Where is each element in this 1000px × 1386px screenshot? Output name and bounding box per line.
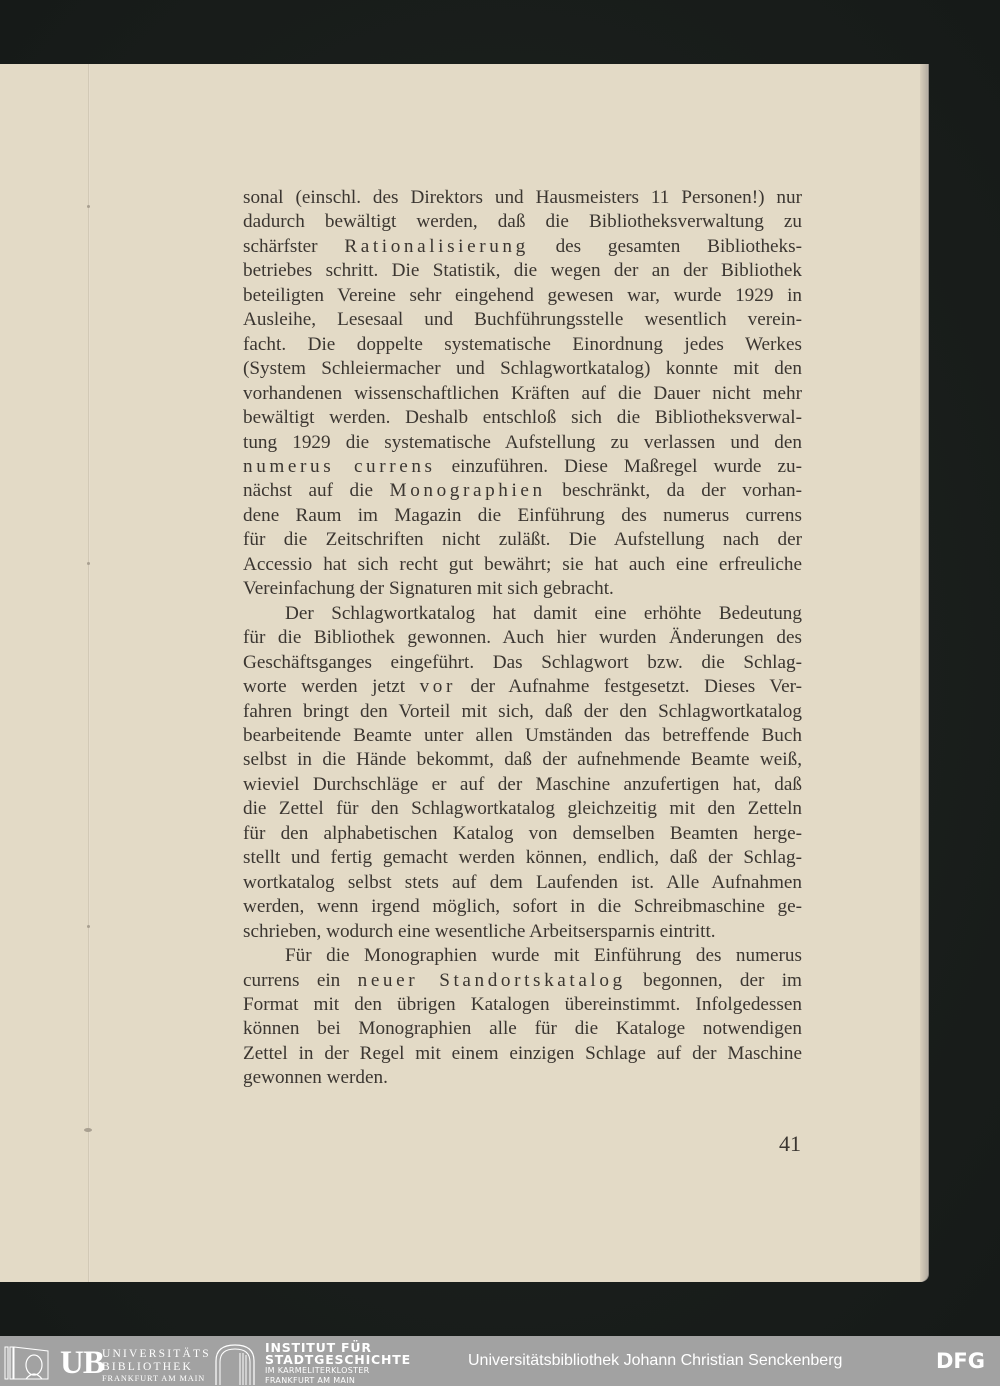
text-line: Für die Monographien wurde mit Einführun… <box>243 944 802 968</box>
emphasized-text: Monographien <box>390 480 546 501</box>
emphasized-text: Rationalisierung <box>344 236 528 257</box>
margin-mark <box>87 562 90 565</box>
text-line: bewältigt werden. Deshalb entschloß sich… <box>243 406 802 430</box>
text-line: selbst in die Hände bekommt, daß der auf… <box>243 748 802 772</box>
ub-line1: UNIVERSITÄTS <box>102 1348 211 1361</box>
text-line: currens ein neuer Standortskatalog begon… <box>243 969 802 993</box>
text-line: stellt und fertig gemacht werden können,… <box>243 846 802 870</box>
book-spine-fold <box>88 64 90 1282</box>
isg-arch-icon[interactable] <box>214 1343 256 1385</box>
isg-line4: FRANKFURT AM MAIN <box>265 1376 411 1386</box>
text-line: Zettel in der Regel mit einem einzigen S… <box>243 1042 802 1066</box>
text-line: werden, wenn irgend möglich, sofort in d… <box>243 895 802 919</box>
text-line: für den alphabetischen Katalog von demse… <box>243 822 802 846</box>
page-edge <box>920 64 926 1282</box>
isg-line3: IM KARMELITERKLOSTER <box>265 1366 411 1376</box>
text-line: Der Schlagwortkatalog hat damit eine erh… <box>243 602 802 626</box>
text-line: schrieben, wodurch eine wesentliche Arbe… <box>243 920 802 944</box>
emphasized-text: vor <box>420 676 456 697</box>
paragraph: sonal (einschl. des Direktors und Hausme… <box>243 186 802 602</box>
goethe-portrait-icon <box>4 1343 58 1381</box>
emphasized-text: neuer Standortskatalog <box>358 970 626 991</box>
text-line: Vereinfachung der Signaturen mit sich ge… <box>243 577 802 601</box>
page-text: sonal (einschl. des Direktors und Hausme… <box>243 186 802 1091</box>
text-line: gewonnen werden. <box>243 1066 802 1090</box>
dfg-logo[interactable]: DFG <box>936 1349 985 1373</box>
text-line: bearbeitende Beamte unter allen Umstände… <box>243 724 802 748</box>
text-line: wortkatalog selbst stets auf dem Laufend… <box>243 871 802 895</box>
isg-logo-text[interactable]: INSTITUT FÜR STADTGESCHICHTE IM KARMELIT… <box>265 1342 411 1385</box>
text-line: fahren bringt den Vorteil mit sich, daß … <box>243 700 802 724</box>
text-line: betriebes schritt. Die Statistik, die we… <box>243 259 802 283</box>
text-line: Ausleihe, Lesesaal und Buchführungsstell… <box>243 308 802 332</box>
text-line: wieviel Durchschläge er auf der Maschine… <box>243 773 802 797</box>
ub-line3: FRANKFURT AM MAIN <box>102 1373 211 1386</box>
text-line: beteiligten Vereine sehr eingehend gewes… <box>243 284 802 308</box>
text-line: schärfster Rationalisierung des gesamten… <box>243 235 802 259</box>
margin-mark <box>87 925 90 928</box>
text-line: worte werden jetzt vor der Aufnahme fest… <box>243 675 802 699</box>
text-line: für die Bibliothek gewonnen. Auch hier w… <box>243 626 802 650</box>
ub-logo[interactable]: UB UNIVERSITÄTS BIBLIOTHEK FRANKFURT AM … <box>4 1343 204 1383</box>
margin-mark <box>87 205 90 208</box>
text-line: für die Zeitschriften nicht zuläßt. Die … <box>243 528 802 552</box>
text-line: numerus currens einzuführen. Diese Maßre… <box>243 455 802 479</box>
margin-mark <box>84 1128 92 1132</box>
ub-letters: UB <box>60 1345 104 1382</box>
text-line: dene Raum im Magazin die Einführung des … <box>243 504 802 528</box>
page-number: 41 <box>779 1131 801 1157</box>
text-line: Geschäftsganges eingeführt. Das Schlagwo… <box>243 651 802 675</box>
text-line: tung 1929 die systematische Aufstellung … <box>243 431 802 455</box>
text-line: (System Schleiermacher und Schlagwortkat… <box>243 357 802 381</box>
ub-line2: BIBLIOTHEK <box>102 1361 211 1374</box>
paragraph: Der Schlagwortkatalog hat damit eine erh… <box>243 602 802 944</box>
text-line: können bei Monographien alle für die Kat… <box>243 1017 802 1041</box>
text-line: Format mit den übrigen Katalogen überein… <box>243 993 802 1017</box>
ub-logo-text: UNIVERSITÄTS BIBLIOTHEK FRANKFURT AM MAI… <box>102 1348 211 1386</box>
text-line: vorhandenen wissenschaftlichen Kräften a… <box>243 382 802 406</box>
footer-institution-link[interactable]: Universitätsbibliothek Johann Christian … <box>468 1352 842 1370</box>
text-line: die Zettel für den Schlagwortkatalog gle… <box>243 797 802 821</box>
text-line: facht. Die doppelte systematische Einord… <box>243 333 802 357</box>
text-line: Accessio hat sich recht gut bewährt; sie… <box>243 553 802 577</box>
text-line: nächst auf die Monographien beschränkt, … <box>243 479 802 503</box>
text-line: dadurch bewältigt werden, daß die Biblio… <box>243 210 802 234</box>
paragraph: Für die Monographien wurde mit Einführun… <box>243 944 802 1091</box>
text-line: sonal (einschl. des Direktors und Hausme… <box>243 186 802 210</box>
footer-bar: UB UNIVERSITÄTS BIBLIOTHEK FRANKFURT AM … <box>0 1336 1000 1386</box>
isg-line2: STADTGESCHICHTE <box>265 1354 411 1366</box>
emphasized-text: numerus currens <box>243 456 436 477</box>
